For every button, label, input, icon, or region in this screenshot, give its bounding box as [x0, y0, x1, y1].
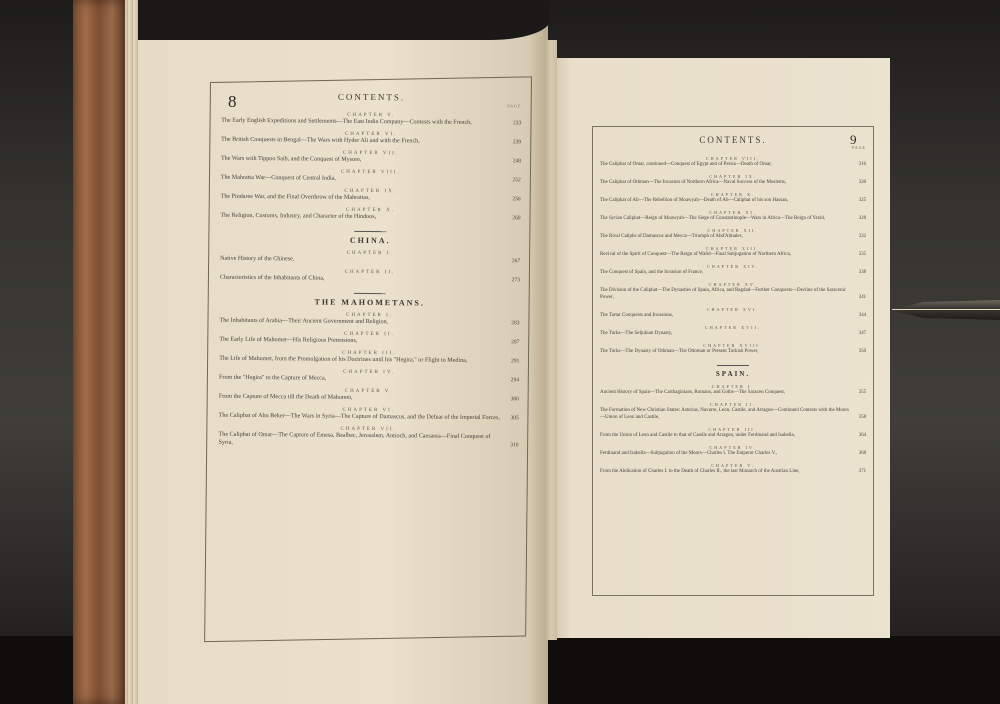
entry-title: The Syrian Caliphat—Reign of Moawyah—The…	[600, 215, 850, 222]
toc-entry: From the Capture of Mecca till the Death…	[219, 393, 519, 404]
entry-title: The Early English Expeditions and Settle…	[221, 117, 505, 127]
entry-title: The Caliphat of Ali—The Rebellion of Moa…	[600, 197, 850, 204]
entry-page-number: 325	[850, 197, 866, 204]
entry-page-number: 310	[502, 441, 518, 449]
entry-title: The Tartar Conquests and Invasions,	[600, 312, 850, 319]
toc-entry: The Syrian Caliphat—Reign of Moawyah—The…	[600, 215, 866, 222]
toc-entry: The Caliphat of Ali—The Rebellion of Moa…	[600, 197, 866, 204]
toc-entry: The Rival Caliphs of Damascus and Mecca—…	[600, 233, 866, 240]
entry-title: From the "Hegira" to the Capture of Mecc…	[219, 374, 503, 384]
entry-page-number: 320	[850, 179, 866, 186]
entry-title: The Early Life of Mahomet—His Religious …	[219, 336, 503, 346]
entry-page-number: 294	[503, 376, 519, 384]
entry-page-number: 267	[504, 257, 520, 265]
entry-page-number: 239	[505, 138, 521, 146]
toc-entry: From the "Hegira" to the Capture of Mecc…	[219, 374, 519, 385]
entry-page-number: 371	[850, 468, 866, 475]
entry-title: The Life of Mahomet, from the Promulgati…	[219, 355, 503, 365]
toc-entry: Revival of the Spirit of Conquest—The Re…	[600, 251, 866, 258]
section-divider	[354, 293, 386, 294]
left-page-top-shadow	[138, 0, 550, 40]
toc-entry: The Religion, Customs, Industry, and Cha…	[220, 212, 520, 223]
entry-title: The Pindaree War, and the Final Overthro…	[221, 193, 505, 203]
entry-title: The Turks—The Seljukian Dynasty,	[600, 330, 850, 337]
entry-title: The Caliphat of Omar—The Capture of Emes…	[218, 431, 502, 449]
entry-title: Characteristics of the Inhabitants of Ch…	[220, 274, 504, 284]
toc-entry: The Caliphat of Omar—The Capture of Emes…	[218, 431, 518, 450]
entry-title: Ferdinand and Isabella—Subjugation of th…	[600, 450, 850, 457]
toc-entry: The Formation of New Christian States: A…	[600, 407, 866, 421]
entry-title: Native History of the Chinese,	[220, 255, 504, 265]
entry-title: The Wars with Tippoo Saib, and the Conqu…	[221, 155, 505, 165]
toc-entry: The Caliphat of Othman—The Invasion of N…	[600, 179, 866, 186]
toc-entry: The Wars with Tippoo Saib, and the Conqu…	[221, 155, 521, 166]
toc-entry: Characteristics of the Inhabitants of Ch…	[220, 274, 520, 285]
toc-entry: The British Conquests in Bengal—The Wars…	[221, 136, 521, 147]
entry-title: The Mahratta War—Conquest of Central Ind…	[221, 174, 505, 184]
entry-page-number: 341	[850, 294, 866, 301]
entry-page-number: 347	[850, 330, 866, 337]
entry-title: Revival of the Spirit of Conquest—The Re…	[600, 251, 850, 258]
toc-entry: The Pindaree War, and the Final Overthro…	[221, 193, 521, 204]
entry-title: The Turks—The Dynasty of Othman—The Otto…	[600, 348, 850, 355]
entry-title: The Caliphat of Abu Beker—The Wars in Sy…	[219, 412, 503, 422]
entry-page-number: 256	[505, 195, 521, 203]
section-title: CHINA.	[220, 235, 520, 247]
entry-title: From the Union of Leon and Castile to th…	[600, 432, 850, 439]
entry-page-number: 300	[503, 395, 519, 403]
entry-page-number: 350	[850, 348, 866, 355]
toc-entry: The Conquest of Spain, and the Invasion …	[600, 269, 866, 276]
entry-page-number: 287	[503, 338, 519, 346]
entry-page-number: 252	[505, 176, 521, 184]
entry-page-number: 328	[850, 215, 866, 222]
page-column-label: PAGE	[600, 145, 866, 150]
entry-page-number: 332	[850, 233, 866, 240]
section-divider	[717, 365, 749, 366]
toc-entry: Ancient History of Spain—The Carthaginia…	[600, 389, 866, 396]
entry-title: The Caliphat of Othman—The Invasion of N…	[600, 179, 850, 186]
right-table-of-contents: CONTENTS. PAGE CHAPTER VIII.The Caliphat…	[600, 135, 866, 475]
toc-entry: The Caliphat of Omar, continued—Conquest…	[600, 161, 866, 168]
entry-page-number: 364	[850, 432, 866, 439]
entry-page-number: 368	[850, 450, 866, 457]
entry-title: The Religion, Customs, Industry, and Cha…	[220, 212, 504, 222]
toc-entry: The Early English Expeditions and Settle…	[221, 117, 521, 128]
toc-entry: The Turks—The Dynasty of Othman—The Otto…	[600, 348, 866, 355]
entry-title: The Inhabitants of Arabia—Their Ancient …	[220, 317, 504, 327]
toc-entry: The Caliphat of Abu Beker—The Wars in Sy…	[219, 412, 519, 423]
book-gutter	[545, 40, 557, 640]
entry-title: From the Capture of Mecca till the Death…	[219, 393, 503, 403]
toc-entry: The Inhabitants of Arabia—Their Ancient …	[220, 317, 520, 328]
entry-title: The Caliphat of Omar, continued—Conquest…	[600, 161, 850, 168]
entry-title: The Conquest of Spain, and the Invasion …	[600, 269, 850, 276]
toc-entry: The Mahratta War—Conquest of Central Ind…	[221, 174, 521, 185]
entry-page-number: 248	[505, 157, 521, 165]
toc-entry: The Turks—The Seljukian Dynasty,347	[600, 330, 866, 337]
entry-page-number: 260	[504, 214, 520, 222]
entry-title: The British Conquests in Bengal—The Wars…	[221, 136, 505, 146]
left-table-of-contents: CONTENTS. PAGE CHAPTER V.The Early Engli…	[218, 91, 521, 450]
contents-heading: CONTENTS.	[600, 135, 866, 145]
pen-highlight	[892, 309, 1000, 310]
entry-page-number: 273	[504, 276, 520, 284]
entry-title: The Formation of New Christian States: A…	[600, 407, 850, 421]
toc-entry: The Division of the Caliphat—The Dynasti…	[600, 287, 866, 301]
section-divider	[354, 231, 386, 232]
entry-page-number: 338	[850, 269, 866, 276]
section-title: SPAIN.	[600, 370, 866, 378]
toc-entry: Ferdinand and Isabella—Subjugation of th…	[600, 450, 866, 457]
entry-page-number: 355	[850, 389, 866, 396]
leather-spine	[73, 0, 125, 704]
entry-title: The Division of the Caliphat—The Dynasti…	[600, 287, 850, 301]
toc-entry: The Tartar Conquests and Invasions,344	[600, 312, 866, 319]
entry-title: The Rival Caliphs of Damascus and Mecca—…	[600, 233, 850, 240]
toc-entry: From the Abdication of Charles I. to the…	[600, 468, 866, 475]
entry-page-number: 233	[505, 119, 521, 127]
entry-title: Ancient History of Spain—The Carthaginia…	[600, 389, 850, 396]
entry-page-number: 344	[850, 312, 866, 319]
entry-page-number: 335	[850, 251, 866, 258]
entry-page-number: 358	[850, 414, 866, 421]
entry-page-number: 305	[503, 414, 519, 422]
toc-entry: The Life of Mahomet, from the Promulgati…	[219, 355, 519, 366]
entry-page-number: 283	[504, 319, 520, 327]
page-edges	[125, 0, 138, 704]
entry-page-number: 291	[503, 357, 519, 365]
entry-title: From the Abdication of Charles I. to the…	[600, 468, 850, 475]
toc-entry: The Early Life of Mahomet—His Religious …	[219, 336, 519, 347]
section-title: THE MAHOMETANS.	[220, 297, 520, 309]
toc-entry: Native History of the Chinese,267	[220, 255, 520, 266]
toc-entry: From the Union of Leon and Castile to th…	[600, 432, 866, 439]
entry-page-number: 316	[850, 161, 866, 168]
